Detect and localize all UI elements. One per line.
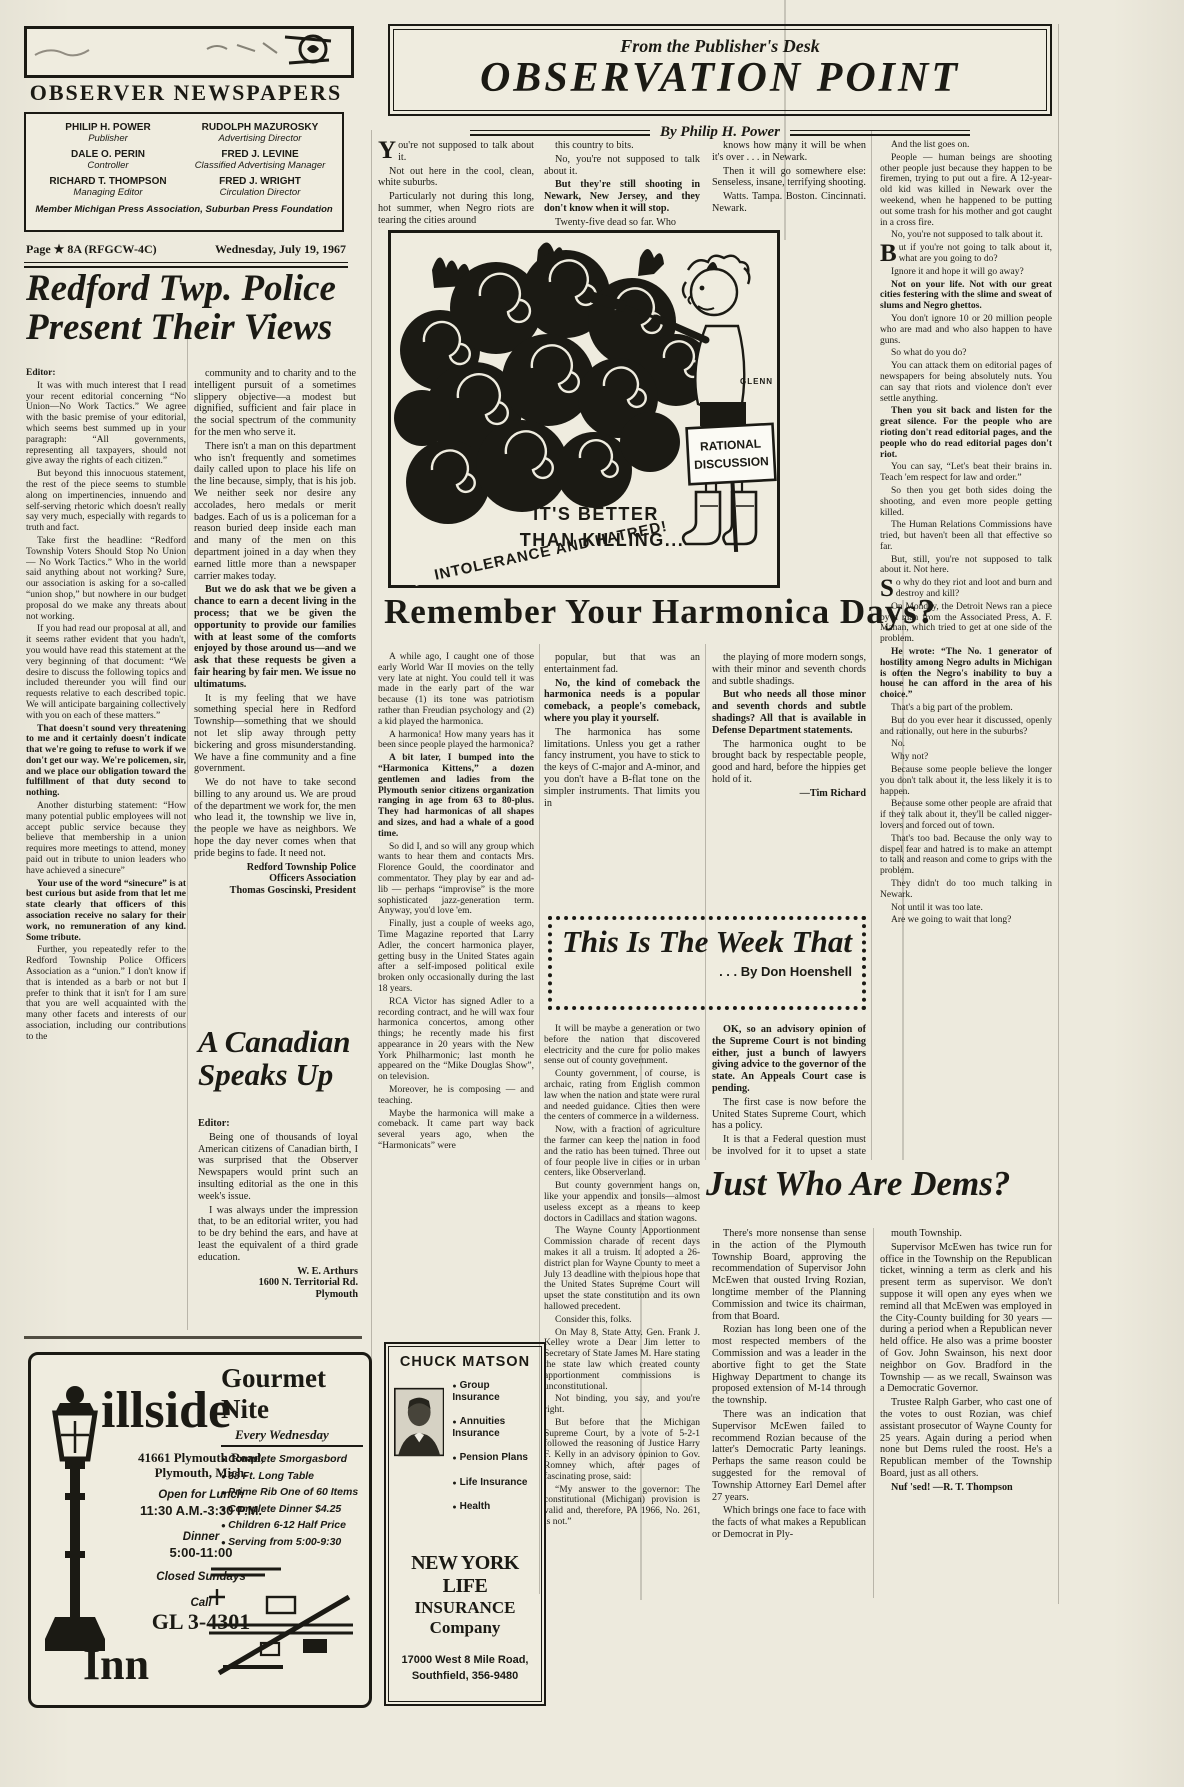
column-rule <box>705 644 706 1160</box>
paragraph: W. E. Arthurs <box>198 1266 358 1278</box>
hillside-name-inn: Inn <box>83 1643 149 1687</box>
paragraph: Thomas Goscinski, President <box>194 885 356 897</box>
paragraph: Children 6-12 Half Price <box>221 1519 363 1531</box>
paragraph: You're not supposed to talk about it. <box>378 140 534 164</box>
paragraph: If you had read our proposal at all, and… <box>26 624 186 721</box>
headline-line: Redford Twp. Police <box>26 270 366 309</box>
paragraph: the playing of more modern songs, with t… <box>712 652 866 687</box>
article-headline-redford: Redford Twp. Police Present Their Views <box>26 270 366 348</box>
staff-role: Publisher <box>32 133 184 144</box>
paragraph: Further, you repeatedly refer to the Red… <box>26 945 186 1042</box>
paragraph: The harmonica has some limitations. Unle… <box>544 727 700 810</box>
agent-name: CHUCK MATSON <box>394 1354 536 1370</box>
op-column-a: You're not supposed to talk about it.Not… <box>378 140 534 230</box>
column-rule <box>187 330 188 1330</box>
staff-name: RICHARD T. THOMPSON <box>32 176 184 187</box>
paragraph: But if you're not going to talk about it… <box>880 243 1052 265</box>
paragraph: So then you get both sides doing the sho… <box>880 486 1052 518</box>
gourmet-subtitle: Every Wednesday <box>235 1427 363 1443</box>
paragraph: OK, so an advisory opinion of the Suprem… <box>712 1024 866 1095</box>
staff-entry: DALE O. PERIN Controller <box>32 149 184 171</box>
newspaper-name: OBSERVER NEWSPAPERS <box>24 80 348 106</box>
paragraph: this country to bits. <box>544 140 700 152</box>
staff-entry: FRED J. WRIGHT Circulation Director <box>184 176 336 198</box>
paragraph: The Wayne County Apportionment Commissio… <box>544 1226 700 1312</box>
harmonica-column-3: the playing of more modern songs, with t… <box>712 652 866 904</box>
paragraph: The harmonica ought to be brought back b… <box>712 739 866 786</box>
staff-entry: FRED J. LEVINE Classified Advertising Ma… <box>184 149 336 171</box>
byline-rule <box>470 130 650 136</box>
paragraph: I was always under the impression that, … <box>198 1205 358 1264</box>
paragraph: Your use of the word “sinecure” is at be… <box>26 879 186 944</box>
op-column-b: this country to bits.No, you're not supp… <box>544 140 700 230</box>
new-york-life-ad: CHUCK MATSON Group InsuranceAnnuities In… <box>384 1342 546 1706</box>
paragraph: Serving from 5:00-9:30 <box>221 1536 363 1548</box>
paragraph: You can say, “Let's beat their brains in… <box>880 462 1052 484</box>
page-number: Page ★ 8A (RFGCW-4C) <box>26 242 157 257</box>
paragraph: But we do ask that we be given a chance … <box>194 584 356 690</box>
observation-point-box: From the Publisher's Desk OBSERVATION PO… <box>388 24 1052 116</box>
redford-column-1: Editor: It was with much interest that I… <box>26 368 186 1312</box>
paragraph: RCA Victor has signed Adler to a recordi… <box>378 997 534 1083</box>
paragraph: Supervisor McEwen has twice run for offi… <box>880 1242 1052 1395</box>
op-column-c: knows how many it will be when it's over… <box>712 140 866 230</box>
paragraph: Another disturbing statement: “How many … <box>26 801 186 877</box>
week-column-2: OK, so an advisory opinion of the Suprem… <box>712 1024 866 1158</box>
staff-role: Classified Advertising Manager <box>184 160 336 171</box>
harmonica-column-1: A while ago, I caught one of those early… <box>378 652 534 1308</box>
paragraph: Particularly not during this long, hot s… <box>378 191 534 226</box>
dems-column-1: There's more nonsense than sense in the … <box>712 1228 866 1602</box>
staff-role: Advertising Director <box>184 133 336 144</box>
column-byline: By Philip H. Power <box>470 124 970 141</box>
letter-signature: W. E. Arthurs1600 N. Territorial Rd.Plym… <box>198 1266 358 1301</box>
paragraph: “My answer to the governor: The constitu… <box>544 1485 700 1528</box>
page-edge-rule <box>1058 24 1059 1604</box>
paragraph: Because some people believe the longer y… <box>880 765 1052 797</box>
week-column-header-box: This Is The Week That . . . By Don Hoens… <box>548 916 866 1010</box>
headline-line: Speaks Up <box>198 1059 368 1092</box>
op-text-group: But if you're not going to talk about it… <box>880 243 1052 576</box>
column-title: OBSERVATION POINT <box>390 57 1050 99</box>
paragraph: Then you sit back and listen for the gre… <box>880 406 1052 460</box>
staff-name: FRED J. WRIGHT <box>184 176 336 187</box>
scan-streak <box>784 0 786 240</box>
paragraph: The Human Relations Commissions have tri… <box>880 520 1052 552</box>
paragraph: You don't ignore 10 or 20 million people… <box>880 314 1052 346</box>
op-text-group: And the list goes on.People — human bein… <box>880 140 1052 241</box>
page-info-line: Page ★ 8A (RFGCW-4C) Wednesday, July 19,… <box>26 242 346 257</box>
byline-rule <box>790 130 970 136</box>
paragraph: We do not have to take second billing to… <box>194 777 356 860</box>
staff-entry: RUDOLPH MAZUROSKY Advertising Director <box>184 122 336 144</box>
scan-streak <box>640 1040 642 1600</box>
paragraph: On May 8, State Atty. Gen. Frank J. Kell… <box>544 1328 700 1393</box>
staff-name: RUDOLPH MAZUROSKY <box>184 122 336 133</box>
ad-body: Group InsuranceAnnuities InsurancePensio… <box>394 1380 536 1526</box>
paragraph: Consider this, folks. <box>544 1315 700 1326</box>
hillside-inn-ad: illside 41661 Plymouth Road, Plymouth, M… <box>28 1352 372 1708</box>
article-headline-dems: Just Who Are Dems? <box>706 1166 1056 1203</box>
paragraph: You can attack them on editorial pages o… <box>880 361 1052 404</box>
paragraph: Trustee Ralph Garber, who cast one of th… <box>880 1397 1052 1480</box>
paragraph: No, you're not supposed to talk about it… <box>544 154 700 178</box>
harmonica-column-2: popular, but that was an entertainment f… <box>544 652 700 908</box>
paragraph: Maybe the harmonica will make a comeback… <box>378 1109 534 1152</box>
paragraph: There isn't a man on this department who… <box>194 441 356 583</box>
staff-role: Circulation Director <box>184 187 336 198</box>
paragraph: It is that a Federal question must be in… <box>712 1134 866 1158</box>
article-headline-canadian: A Canadian Speaks Up <box>198 1026 368 1091</box>
ad-separator-rule <box>24 1336 362 1339</box>
byline-text: By Philip H. Power <box>660 124 780 141</box>
column-kicker: From the Publisher's Desk <box>390 36 1050 57</box>
paragraph: People — human beings are shooting other… <box>880 153 1052 229</box>
service-list: Group InsuranceAnnuities InsurancePensio… <box>452 1380 536 1526</box>
paragraph: Redford Township Police <box>194 862 356 874</box>
paragraph: 38 Ft. Long Table <box>221 1470 363 1482</box>
paragraph: Which brings one face to face with the f… <box>712 1505 866 1540</box>
editor-label: Editor: <box>26 368 186 379</box>
paragraph: A harmonica! How many years has it been … <box>378 730 534 752</box>
paragraph: Watts. Tampa. Boston. Cincinnati. Newark… <box>712 191 866 215</box>
scan-streak <box>902 600 904 1160</box>
paragraph: Not until it was too late. <box>880 903 1052 914</box>
member-line: Member Michigan Press Association, Subur… <box>26 204 342 215</box>
staff-entry: PHILIP H. POWER Publisher <box>32 122 184 144</box>
masthead-staff-box: PHILIP H. POWER Publisher RUDOLPH MAZURO… <box>24 112 344 232</box>
staff-name: FRED J. LEVINE <box>184 149 336 160</box>
paragraph: mouth Township. <box>880 1228 1052 1240</box>
paragraph: County government, of course, is archaic… <box>544 1069 700 1123</box>
paragraph: It is my feeling that we have something … <box>194 693 356 776</box>
paragraph: There was an indication that Supervisor … <box>712 1409 866 1503</box>
paragraph: Not out here in the cool, clean, white s… <box>378 166 534 190</box>
paragraph: No, the kind of comeback the harmonica n… <box>544 678 700 725</box>
week-column-title: This Is The Week That <box>562 924 852 960</box>
week-column-1: It will be maybe a generation or two bef… <box>544 1024 700 1592</box>
week-column-byline: . . . By Don Hoenshell <box>562 964 852 979</box>
paragraph: Rozian has long been one of the most res… <box>712 1324 866 1407</box>
gourmet-items: Complete Smorgasbord38 Ft. Long TablePri… <box>221 1453 363 1548</box>
paragraph: Now, with a fraction of agriculture the … <box>544 1125 700 1179</box>
paragraph: Complete Smorgasbord <box>221 1453 363 1465</box>
paragraph: Because some other people are afraid tha… <box>880 799 1052 831</box>
column-rule <box>371 130 372 1600</box>
paragraph: A while ago, I caught one of those early… <box>378 652 534 728</box>
paragraph: community and to charity and to the inte… <box>194 368 356 439</box>
paragraph: They didn't do too much talking in Newar… <box>880 879 1052 901</box>
letter-signature: Redford Township PoliceOfficers Associat… <box>194 862 356 897</box>
paragraph: Ignore it and hope it will go away? <box>880 267 1052 278</box>
canadian-column: Editor: Being one of thousands of loyal … <box>198 1118 358 1334</box>
paragraph: No. <box>880 739 1052 750</box>
editor-label: Editor: <box>198 1118 358 1130</box>
gourmet-rule <box>221 1445 363 1447</box>
paragraph: Why not? <box>880 752 1052 763</box>
paragraph: Not binding, you say, and you're right. <box>544 1394 700 1416</box>
paragraph: But beyond this innocuous statement, the… <box>26 469 186 534</box>
staff-name: DALE O. PERIN <box>32 149 184 160</box>
paragraph: Not on your life. Not with our great cit… <box>880 280 1052 312</box>
ornament-scribbles-icon <box>27 29 345 69</box>
paragraph: A bit later, I bumped into the “Harmonic… <box>378 753 534 839</box>
staff-role: Controller <box>32 160 184 171</box>
paragraph: Take first the headline: “Redford Townsh… <box>26 536 186 622</box>
paragraph: knows how many it will be when it's over… <box>712 140 866 164</box>
paragraph: popular, but that was an entertainment f… <box>544 652 700 676</box>
issue-date: Wednesday, July 19, 1967 <box>215 242 346 257</box>
headline-line: A Canadian <box>198 1026 368 1059</box>
paragraph: Moreover, he is composing — and teaching… <box>378 1085 534 1107</box>
paragraph: Pension Plans <box>452 1452 536 1464</box>
agent-portrait-photo <box>394 1380 444 1464</box>
op-column-d: And the list goes on.People — human bein… <box>880 140 1052 1162</box>
staff-grid: PHILIP H. POWER Publisher RUDOLPH MAZURO… <box>26 122 342 198</box>
cartoon-caption-line2: THAN KILLING... <box>520 530 685 550</box>
paragraph: Health <box>452 1501 536 1513</box>
company-city-phone: Southfield, 356-9480 <box>394 1670 536 1682</box>
cartoon-caption-line1: IT'S BETTER <box>533 504 659 524</box>
paragraph: Then it will go somewhere else: Senseles… <box>712 166 866 190</box>
staff-name: PHILIP H. POWER <box>32 122 184 133</box>
paragraph: Twenty-five dead so far. Who <box>544 217 700 229</box>
cartoon-drawing-icon: INTOLERANCE AND HATRED! <box>388 230 780 588</box>
paragraph: But, still, you're not supposed to talk … <box>880 555 1052 577</box>
column-rule <box>539 644 540 1594</box>
paragraph: —Tim Richard <box>712 788 866 800</box>
paragraph: But county government hangs on, like you… <box>544 1181 700 1224</box>
paragraph: It will be maybe a generation or two bef… <box>544 1024 700 1067</box>
article-headline-harmonica: Remember Your Harmonica Days? <box>384 592 1064 632</box>
article-text: It was with much interest that I read yo… <box>26 381 186 1043</box>
company-name-line2: INSURANCE Company <box>394 1598 536 1638</box>
article-text: community and to charity and to the inte… <box>194 368 356 860</box>
paragraph: Nuf 'sed! —R. T. Thompson <box>880 1482 1052 1494</box>
paragraph: So did I, and so will any group which wa… <box>378 842 534 918</box>
paragraph: That's too bad. Because the only way to … <box>880 834 1052 877</box>
paragraph: Group Insurance <box>452 1380 536 1403</box>
company-name-line1: NEW YORK LIFE <box>394 1552 536 1598</box>
paragraph: But do you ever hear it discussed, openl… <box>880 716 1052 738</box>
paragraph: He wrote: “The No. 1 generator of hostil… <box>880 647 1052 701</box>
gourmet-title: Gourmet Nite <box>221 1363 363 1425</box>
paragraph: Being one of thousands of loyal American… <box>198 1132 358 1203</box>
paragraph: No, you're not supposed to talk about it… <box>880 230 1052 241</box>
paragraph: Officers Association <box>194 873 356 885</box>
paragraph: 1600 N. Territorial Rd. <box>198 1277 358 1289</box>
paragraph: Life Insurance <box>452 1477 536 1489</box>
editorial-cartoon: INTOLERANCE AND HATRED! <box>388 230 780 588</box>
paragraph: But before that the Michigan Supreme Cou… <box>544 1418 700 1483</box>
paragraph: So what do you do? <box>880 348 1052 359</box>
paragraph: Prime Rib One of 60 Items <box>221 1486 363 1498</box>
paragraph: That doesn't sound very threatening to m… <box>26 724 186 800</box>
paragraph: That's a big part of the problem. <box>880 703 1052 714</box>
paragraph: There's more nonsense than sense in the … <box>712 1228 866 1322</box>
hillside-name: illside <box>101 1385 231 1437</box>
gourmet-nite-block: Gourmet Nite Every Wednesday Complete Sm… <box>221 1363 363 1552</box>
paragraph: Annuities Insurance <box>452 1416 536 1439</box>
column-rule <box>871 130 872 1160</box>
headline-line: Present Their Views <box>26 309 366 348</box>
paragraph: But they're still shooting in Newark, Ne… <box>544 179 700 214</box>
staff-role: Managing Editor <box>32 187 184 198</box>
paragraph: It was with much interest that I read yo… <box>26 381 186 467</box>
location-map-icon <box>203 1563 359 1679</box>
article-text: Being one of thousands of loyal American… <box>198 1132 358 1264</box>
paragraph: Plymouth <box>198 1289 358 1301</box>
column-rule <box>873 1228 874 1598</box>
paragraph: The first case is now before the United … <box>712 1097 866 1132</box>
company-address: 17000 West 8 Mile Road, <box>394 1654 536 1666</box>
paragraph: But who needs all those minor and sevent… <box>712 689 866 736</box>
paragraph: Finally, just a couple of weeks ago, Tim… <box>378 919 534 995</box>
staff-entry: RICHARD T. THOMPSON Managing Editor <box>32 176 184 198</box>
newspaper-page: OBSERVER NEWSPAPERS PHILIP H. POWER Publ… <box>0 0 1184 1787</box>
redford-column-2: community and to charity and to the inte… <box>194 368 356 1018</box>
paragraph: And the list goes on. <box>880 140 1052 151</box>
paragraph: Complete Dinner $4.25 <box>221 1503 363 1515</box>
cartoon-artist-signature: GLENN <box>740 377 773 386</box>
dems-column-2: mouth Township.Supervisor McEwen has twi… <box>880 1228 1052 1608</box>
masthead-ornament-box <box>24 26 354 78</box>
paragraph: Are we going to wait that long? <box>880 915 1052 926</box>
